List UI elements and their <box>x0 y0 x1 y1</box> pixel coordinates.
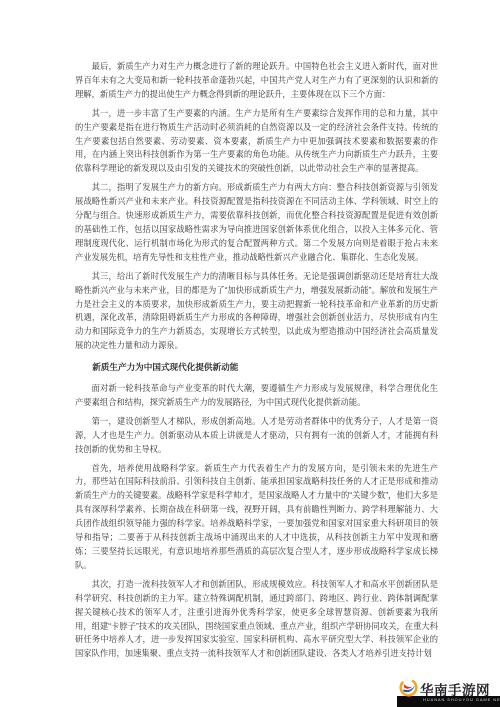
paragraph: 最后，新质生产力对生产力概念进行了新的理论跃升。中国特色社会主义进入新时代，面对… <box>75 60 438 102</box>
article-body: 最后，新质生产力对生产力概念进行了新的理论跃升。中国特色社会主义进入新时代，面对… <box>75 60 438 666</box>
paragraph: 其三，给出了新时代发展生产力的清晰目标与具体任务。无论是强调创新驱动还是培育壮大… <box>75 270 438 353</box>
paragraph: 第一，建设创新型人才梯队，形成创新高地。人才是劳动者群体中的优秀分子，人才是第一… <box>75 415 438 457</box>
paragraph: 其二，指明了发展生产力的新方向。形成新质生产力有两大方向：整合科技创新资源与引领… <box>75 181 438 264</box>
huanan-logo-icon <box>399 678 418 697</box>
paragraph: 首先，培养使用战略科学家。新质生产力代表着生产力的发展方向，是引领未来的先进生产… <box>75 462 438 573</box>
watermark-tagline: HUANAN SHOUYOU GAME NETWORK <box>423 697 500 702</box>
paragraph: 其一，进一步丰富了生产要素的内涵。生产力是所有生产要素综合发挥作用的总和力量，其… <box>75 107 438 177</box>
section-heading: 新质生产力为中国式现代化提供新动能 <box>75 361 438 375</box>
watermark: 华南手游网 HUANAN SHOUYOU GAME NETWORK <box>397 677 500 707</box>
paragraph: 面对新一轮科技革命与产业变革的时代大潮，要遵循生产力形成与发展规律，科学合理优化… <box>75 382 438 410</box>
paragraph: 其次，打造一流科技领军人才和创新团队，形成规模效应。科技领军人才和高水平创新团队… <box>75 578 438 661</box>
watermark-bar: HUANAN SHOUYOU GAME NETWORK <box>397 696 500 707</box>
